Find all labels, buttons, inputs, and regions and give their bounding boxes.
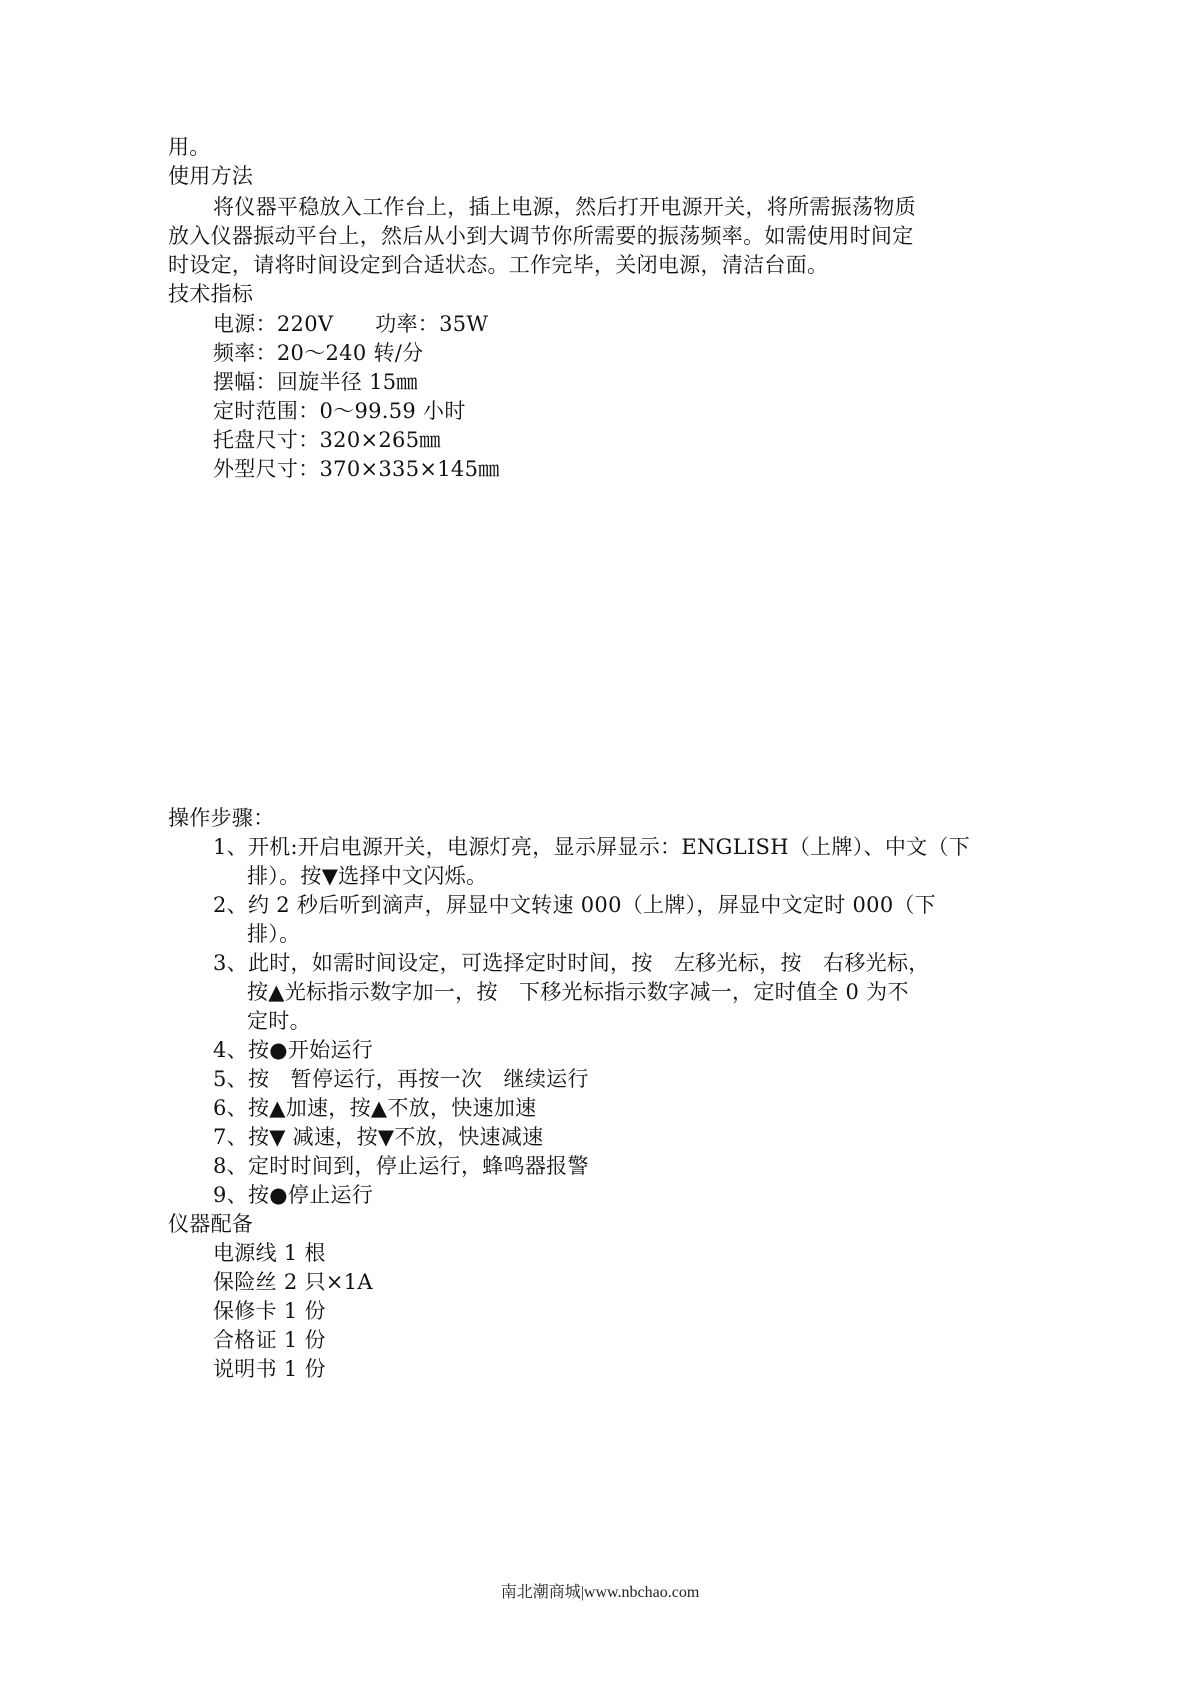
accessory-item: 保险丝 2 只×1A [213,1268,373,1297]
accessory-item: 说明书 1 份 [213,1355,326,1384]
step-5: 5、按 暂停运行，再按一次 继续运行 [213,1065,589,1094]
spec-item: 摆幅：回旋半径 15㎜ [213,368,418,397]
operation-heading: 操作步骤： [168,804,275,833]
usage-text-1: 将仪器平稳放入工作台上，插上电源，然后打开电源开关，将所需振荡物质 [213,195,916,219]
spec-item: 外型尺寸：370×335×145㎜ [213,455,500,484]
usage-heading: 使用方法 [168,162,253,191]
step-1-line-1: 1、开机:开启电源开关，电源灯亮，显示屏显示：ENGLISH（上牌）、中文（下 [213,833,970,862]
spec-item: 频率：20～240 转/分 [213,339,423,368]
step-6: 6、按▲加速，按▲不放，快速加速 [213,1094,536,1123]
accessory-item: 电源线 1 根 [213,1239,326,1268]
specs-heading: 技术指标 [168,280,253,309]
page-footer: 南北潮商城|www.nbchao.com [0,1579,1200,1602]
accessories-heading: 仪器配备 [168,1210,253,1239]
step-3-line-3: 定时。 [247,1007,311,1036]
usage-paragraph-line-1: 将仪器平稳放入工作台上，插上电源，然后打开电源开关，将所需振荡物质 [168,193,916,222]
step-1-line-2: 排）。按▼选择中文闪烁。 [247,862,487,891]
accessory-item: 合格证 1 份 [213,1326,326,1355]
fragment-text: 用。 [168,133,211,162]
accessory-item: 保修卡 1 份 [213,1297,326,1326]
spec-item: 电源：220V 功率：35W [213,310,488,339]
usage-paragraph-line-3: 时设定，请将时间设定到合适状态。工作完毕，关闭电源，清洁台面。 [168,251,828,280]
step-4: 4、按●开始运行 [213,1036,373,1065]
step-7: 7、按▼ 减速，按▼不放，快速减速 [213,1123,543,1152]
step-2-line-1: 2、约 2 秒后听到滴声，屏显中文转速 000（上牌），屏显中文定时 000（下 [213,891,936,920]
step-8: 8、定时时间到，停止运行，蜂鸣器报警 [213,1152,589,1181]
step-3-line-1: 3、此时，如需时间设定，可选择定时时间，按 左移光标，按 右移光标， [213,949,930,978]
step-2-line-2: 排）。 [247,920,300,949]
step-3-line-2: 按▲光标指示数字加一，按 下移光标指示数字减一，定时值全 0 为不 [247,978,909,1007]
spec-item: 定时范围：0～99.59 小时 [213,397,466,426]
step-9: 9、按●停止运行 [213,1181,373,1210]
document-page: 用。 使用方法 将仪器平稳放入工作台上，插上电源，然后打开电源开关，将所需振荡物… [0,0,1200,1697]
usage-paragraph-line-2: 放入仪器振动平台上，然后从小到大调节你所需要的振荡频率。如需使用时间定 [168,222,914,251]
spec-item: 托盘尺寸：320×265㎜ [213,426,441,455]
